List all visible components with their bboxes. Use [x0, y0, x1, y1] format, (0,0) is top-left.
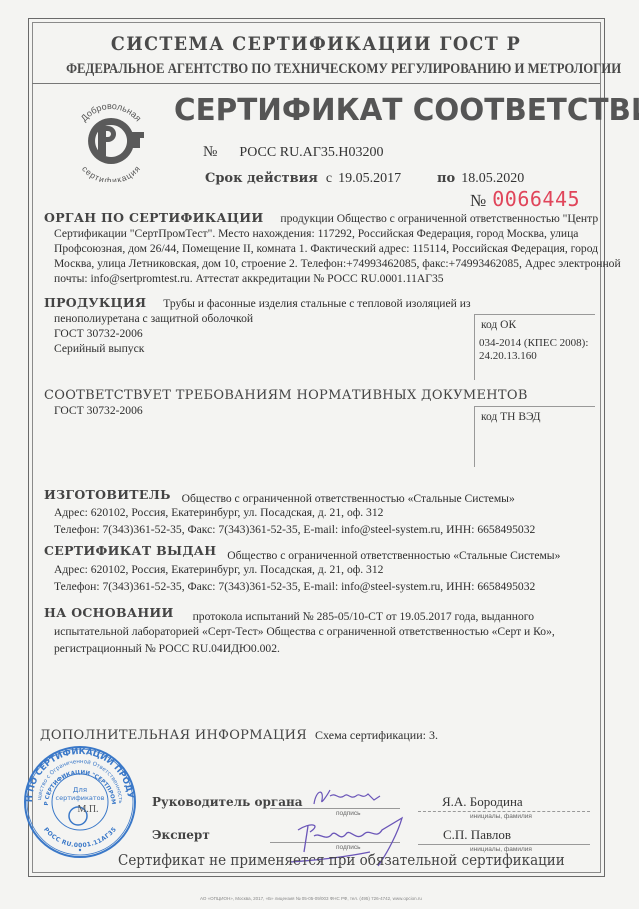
certification-body-line: Сертификации "СертПромТест". Место нахож…	[44, 226, 604, 241]
expert-signature-caption: подпись	[336, 844, 361, 851]
header-divider	[32, 83, 600, 84]
svg-text:сертификация: сертификация	[80, 164, 142, 182]
expert-label: Эксперт	[152, 828, 210, 842]
ok-code-value-line: 034-2014 (КПЕС 2008):	[475, 331, 595, 350]
certification-body-line: почты: info@sertpromtest.ru. Аттестат ак…	[44, 271, 604, 286]
tnved-code-label: код ТН ВЭД	[475, 407, 595, 423]
svg-text:сертификатов: сертификатов	[56, 794, 105, 802]
validity-label: Срок действия	[205, 171, 318, 186]
printer-imprint: АО «ОПЦИОН», Москва, 2017, «Б» лицензия …	[200, 896, 422, 901]
ok-code-label: код ОК	[475, 315, 595, 331]
certification-body-label: ОРГАН ПО СЕРТИФИКАЦИИ	[44, 210, 264, 225]
issued-to-label: СЕРТИФИКАТ ВЫДАН	[44, 543, 216, 558]
issued-to-address: Адрес: 620102, Россия, Екатеринбург, ул.…	[44, 562, 604, 577]
to-label: по	[437, 171, 455, 186]
issued-to-section: СЕРТИФИКАТ ВЫДАН Общество с ограниченной…	[44, 543, 604, 594]
certificate-number: РОСС RU.АГ35.Н03200	[239, 145, 383, 160]
valid-from-date: 19.05.2017	[338, 171, 401, 186]
certification-body-line: Профсоюзная, дом 26/44, Помещение II, ко…	[44, 241, 604, 256]
valid-to-date: 18.05.2020	[461, 171, 524, 186]
manufacturer-address: Адрес: 620102, Россия, Екатеринбург, ул.…	[44, 505, 604, 520]
certification-body-line: продукции Общество с ограниченной ответс…	[280, 212, 598, 225]
tnved-code-box: код ТН ВЭД	[474, 406, 595, 467]
product-line: Трубы и фасонные изделия стальные с тепл…	[163, 297, 470, 310]
ok-code-box: код ОК 034-2014 (КПЕС 2008): 24.20.13.16…	[474, 314, 595, 380]
product-line: пенополиуретана с защитной оболочкой	[44, 311, 464, 326]
head-of-body-label: Руководитель органа	[152, 795, 303, 809]
basis-label: НА ОСНОВАНИИ	[44, 605, 174, 620]
rst-voluntary-certification-logo: Добровольная сертификация	[70, 100, 152, 182]
head-of-body-name: Я.А. Бородина	[442, 794, 523, 810]
number-sign: №	[203, 144, 217, 160]
blank-serial-number: №0066445	[470, 187, 580, 211]
basis-section: НА ОСНОВАНИИ протокола испытаний № 285-0…	[44, 605, 604, 656]
agency-title: ФЕДЕРАЛЬНОЕ АГЕНТСТВО ПО ТЕХНИЧЕСКОМУ РЕ…	[66, 61, 566, 78]
head-name-caption: инициалы, фамилия	[470, 813, 532, 820]
expert-name-line	[418, 844, 590, 845]
issued-to-contacts: Телефон: 7(343)361-52-35, Факс: 7(343)36…	[44, 579, 604, 594]
issued-to-name: Общество с ограниченной ответственностью…	[227, 549, 560, 562]
svg-text:Для: Для	[73, 786, 87, 794]
tnved-code-value	[475, 423, 595, 429]
basis-line: регистрационный № РОСС RU.04ИДЮ0.002.	[44, 641, 604, 656]
compliance-standard: ГОСТ 30732-2006	[44, 403, 474, 418]
additional-info-label: ДОПОЛНИТЕЛЬНАЯ ИНФОРМАЦИЯ	[40, 728, 307, 743]
additional-info-section: ДОПОЛНИТЕЛЬНАЯ ИНФОРМАЦИЯ Схема сертифик…	[40, 726, 438, 744]
basis-line: испытательной лабораторией «Серт-Тест» О…	[44, 624, 604, 639]
certification-body-line: Москва, улица Летниковская, дом 10, стро…	[44, 256, 604, 271]
blank-number-sign: №	[470, 191, 486, 210]
manufacturer-section: ИЗГОТОВИТЕЛЬ Общество с ограниченной отв…	[44, 487, 604, 537]
basis-line: протокола испытаний № 285-05/10-СТ от 19…	[193, 610, 535, 623]
product-standard: ГОСТ 30732-2006	[44, 326, 464, 341]
blank-number-value: 0066445	[492, 187, 580, 211]
compliance-section: СООТВЕТСТВУЕТ ТРЕБОВАНИЯМ НОРМАТИВНЫХ ДО…	[44, 388, 474, 418]
from-label: с	[326, 171, 332, 186]
certification-body-seal: ОРГАН ПО СЕРТИФИКАЦИИ ПРОДУКЦИИ Общество…	[22, 744, 138, 860]
head-name-line	[418, 811, 590, 812]
product-section: ПРОДУКЦИЯ Трубы и фасонные изделия сталь…	[44, 295, 464, 356]
system-title: СИСТЕМА СЕРТИФИКАЦИИ ГОСТ Р	[55, 33, 578, 55]
voluntary-certification-notice: Сертификат не применяется при обязательн…	[118, 853, 565, 869]
expert-name: С.П. Павлов	[443, 827, 511, 843]
product-label: ПРОДУКЦИЯ	[44, 295, 146, 310]
manufacturer-label: ИЗГОТОВИТЕЛЬ	[44, 487, 171, 502]
product-release-type: Серийный выпуск	[44, 341, 464, 356]
certificate-number-row: №РОСС RU.АГ35.Н03200	[203, 144, 384, 161]
compliance-label: СООТВЕТСТВУЕТ ТРЕБОВАНИЯМ НОРМАТИВНЫХ ДО…	[44, 388, 474, 403]
certification-body-section: ОРГАН ПО СЕРТИФИКАЦИИ продукции Общество…	[44, 210, 604, 286]
certification-scheme: Схема сертификации: 3.	[315, 728, 438, 742]
manufacturer-name: Общество с ограниченной ответственностью…	[182, 492, 515, 505]
svg-text:М.П.: М.П.	[77, 804, 98, 815]
ok-code-value-line: 24.20.13.160	[475, 350, 595, 363]
certificate-title: СЕРТИФИКАТ СООТВЕТСТВИЯ	[174, 93, 639, 128]
expert-name-caption: инициалы, фамилия	[470, 846, 532, 853]
head-signature-scribble	[308, 786, 388, 810]
validity-row: Срок действияс19.05.2017 по18.05.2020	[205, 171, 401, 187]
manufacturer-contacts: Телефон: 7(343)361-52-35, Факс: 7(343)36…	[44, 522, 604, 537]
